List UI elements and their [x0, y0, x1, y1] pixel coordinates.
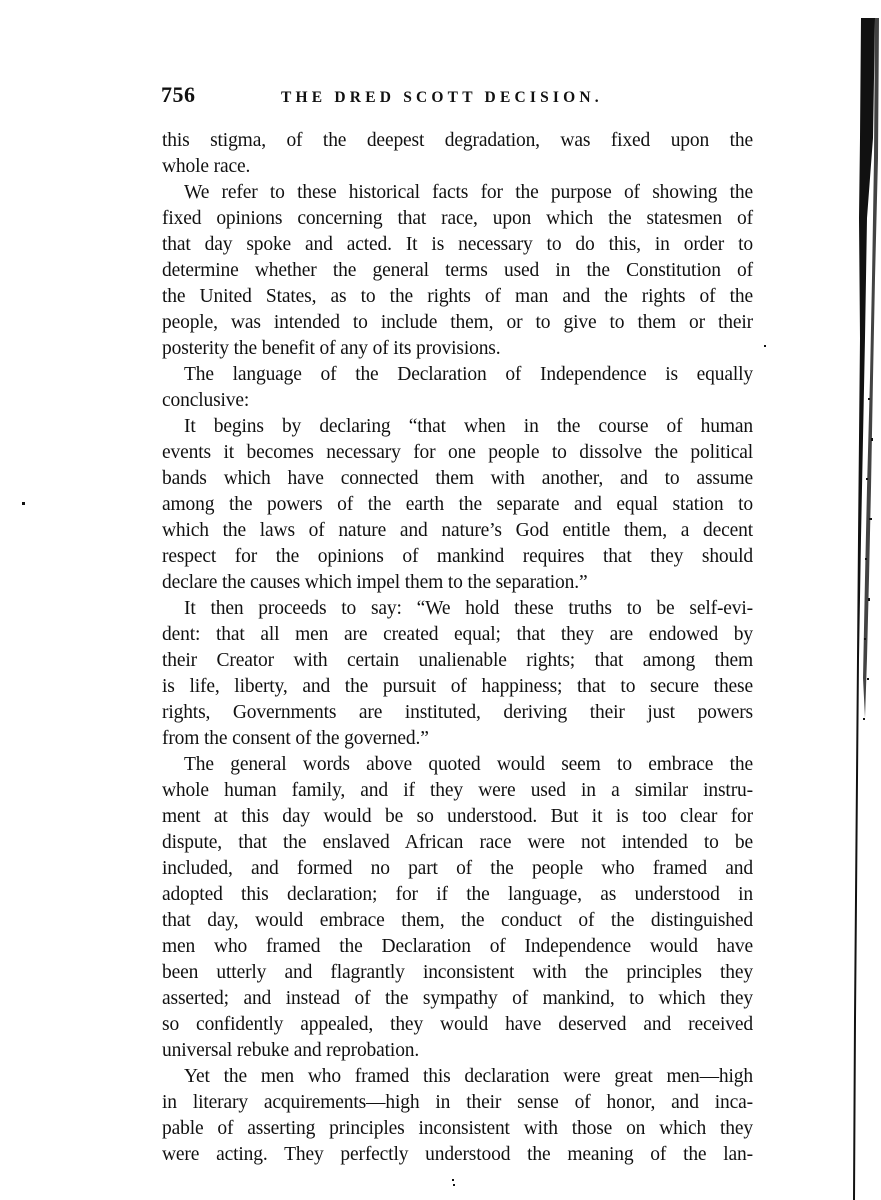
text-line: It then proceeds to say: “We hold these … [162, 596, 753, 622]
text-line: declare the causes which impel them to t… [162, 570, 753, 596]
text-line: respect for the opinions of mankind requ… [162, 544, 753, 570]
text-line: this stigma, of the deepest degradation,… [162, 128, 753, 154]
text-line: rights, Governments are instituted, deri… [162, 700, 753, 726]
scanned-book-page: 756 THE DRED SCOTT DECISION. this stigma… [0, 0, 881, 1200]
text-line: adopted this declaration; for if the lan… [162, 882, 753, 908]
text-line: dent: that all men are created equal; th… [162, 622, 753, 648]
text-line: included, and formed no part of the peop… [162, 856, 753, 882]
text-line: conclusive: [162, 388, 753, 414]
body-text: this stigma, of the deepest degradation,… [162, 128, 753, 1168]
page-number: 756 [161, 82, 281, 108]
text-line: dispute, that the enslaved African race … [162, 830, 753, 856]
text-line: posterity the benefit of any of its prov… [162, 336, 753, 362]
paragraph: this stigma, of the deepest degradation,… [162, 128, 753, 180]
text-line: It begins by declaring “that when in the… [162, 414, 753, 440]
text-line: The language of the Declaration of Indep… [162, 362, 753, 388]
scan-speck [452, 1179, 454, 1181]
text-line: asserted; and instead of the sympathy of… [162, 986, 753, 1012]
running-head: 756 THE DRED SCOTT DECISION. [161, 82, 753, 112]
paragraph: It then proceeds to say: “We hold these … [162, 596, 753, 752]
running-title: THE DRED SCOTT DECISION. [281, 89, 603, 107]
text-line: pable of asserting principles inconsiste… [162, 1116, 753, 1142]
paragraph: The language of the Declaration of Indep… [162, 362, 753, 414]
scan-speck [453, 1184, 455, 1186]
text-line: been utterly and flagrantly inconsistent… [162, 960, 753, 986]
text-line: is life, liberty, and the pursuit of hap… [162, 674, 753, 700]
text-line: universal rebuke and reprobation. [162, 1038, 753, 1064]
text-line: The general words above quoted would see… [162, 752, 753, 778]
text-line: among the powers of the earth the separa… [162, 492, 753, 518]
book-binding-edge [853, 18, 881, 1200]
text-line: men who framed the Declaration of Indepe… [162, 934, 753, 960]
text-line: were acting. They perfectly understood t… [162, 1142, 753, 1168]
text-line: determine whether the general terms used… [162, 258, 753, 284]
paragraph: The general words above quoted would see… [162, 752, 753, 1064]
text-line: so confidently appealed, they would have… [162, 1012, 753, 1038]
paragraph: It begins by declaring “that when in the… [162, 414, 753, 596]
scan-speck [22, 502, 25, 505]
text-line: their Creator with certain unalienable r… [162, 648, 753, 674]
text-line: which the laws of nature and nature’s Go… [162, 518, 753, 544]
text-line: that day spoke and acted. It is necessar… [162, 232, 753, 258]
text-line: the United States, as to the rights of m… [162, 284, 753, 310]
scan-speck [764, 345, 766, 347]
text-line: whole human family, and if they were use… [162, 778, 753, 804]
text-line: in literary acquirements—high in their s… [162, 1090, 753, 1116]
text-line: from the consent of the governed.” [162, 726, 753, 752]
text-line: bands which have connected them with ano… [162, 466, 753, 492]
text-line: Yet the men who framed this declaration … [162, 1064, 753, 1090]
text-line: whole race. [162, 154, 753, 180]
text-line: people, was intended to include them, or… [162, 310, 753, 336]
text-line: events it becomes necessary for one peop… [162, 440, 753, 466]
text-line: that day, would embrace them, the conduc… [162, 908, 753, 934]
text-line: We refer to these historical facts for t… [162, 180, 753, 206]
paragraph: We refer to these historical facts for t… [162, 180, 753, 362]
text-line: ment at this day would be so understood.… [162, 804, 753, 830]
paragraph: Yet the men who framed this declaration … [162, 1064, 753, 1168]
text-line: fixed opinions concerning that race, upo… [162, 206, 753, 232]
